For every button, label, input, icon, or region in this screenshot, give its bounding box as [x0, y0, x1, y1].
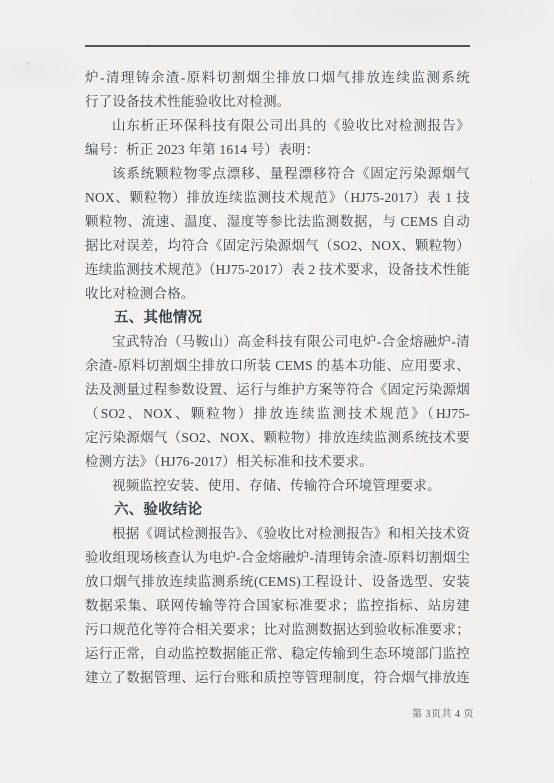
header-rule-divider	[85, 45, 470, 47]
text-line: 定污染源烟气（SO2、NOX、颗粒物）排放连续监测系统技术要求及	[85, 426, 470, 450]
text-line: 宝武特冶（马鞍山）高金科技有限公司电炉-合金熔融炉-清理铸	[85, 330, 470, 354]
scan-speck	[146, 44, 149, 47]
text-line: 验收组现场核查认为电炉-合金熔融炉-清理铸余渣-原料切割烟尘排	[85, 546, 470, 570]
text-line: 颗粒物、流速、温度、湿度等参比法监测数据，与 CEMS 自动监测数	[85, 210, 470, 234]
text-line: 建立了数据管理、运行台账和质控等管理制度，符合烟气排放连续监	[85, 666, 470, 690]
page-number: 第 3页共 4 页	[412, 708, 474, 721]
text-line: 检测方法》（HJ76-2017）相关标准和技术要求。	[85, 450, 470, 474]
text-line: 行了设备技术性能验收比对检测。	[85, 90, 470, 114]
text-line: 数据采集、联网传输等符合国家标准要求；监控指标、站房建设、排	[85, 594, 470, 618]
text-line: NOX、颗粒物）排放连续监测技术规范》（HJ75-2017）表 1 技术要求；	[85, 186, 470, 210]
text-line: 该系统颗粒物零点漂移、量程漂移符合《固定污染源烟气（SO2、	[85, 162, 470, 186]
text-line: （SO2、NOX、颗粒物）排放连续监测技术规范》（HJ75-2017）、《固	[85, 402, 470, 426]
text-line: 污口规范化等符合相关要求；比对监测数据达到验收标准要求；CEMS	[85, 618, 470, 642]
scan-speck	[27, 62, 30, 65]
text-line: 运行正常，自动监控数据能正常、稳定传输到生态环境部门监控平台；	[85, 642, 470, 666]
heading-acceptance-conclusion: 六、验收结论	[85, 498, 470, 522]
scan-speck	[530, 182, 532, 184]
body-text-block: 炉-清理铸余渣-原料切割烟尘排放口烟气排放连续监测系统(CEMS)进 行了设备技…	[85, 66, 470, 690]
text-line: 视频监控安装、使用、存储、传输符合环境管理要求。	[85, 474, 470, 498]
text-line: 炉-清理铸余渣-原料切割烟尘排放口烟气排放连续监测系统(CEMS)进	[85, 66, 470, 90]
heading-other-information: 五、其他情况	[85, 306, 470, 330]
text-line: 山东析正环保科技有限公司出具的《验收比对检测报告》（报告	[85, 114, 470, 138]
text-line: 连续监测技术规范》（HJ75-2017）表 2 技术要求，设备技术性能验	[85, 258, 470, 282]
text-line: 编号：析正 2023 年第 1614 号）表明：	[85, 138, 470, 162]
text-line: 收比对检测合格。	[85, 282, 470, 306]
document-page: 炉-清理铸余渣-原料切割烟尘排放口烟气排放连续监测系统(CEMS)进 行了设备技…	[0, 0, 554, 783]
text-line: 余渣-原料切割烟尘排放口所装 CEMS 的基本功能、应用要求、监测方	[85, 354, 470, 378]
text-line: 法及测量过程参数设置、运行与维护方案等符合《固定污染源烟气	[85, 378, 470, 402]
text-line: 据比对误差，均符合《固定污染源烟气（SO2、NOX、颗粒物）排放	[85, 234, 470, 258]
text-line: 根据《调试检测报告》、《验收比对检测报告》和相关技术资料，	[85, 522, 470, 546]
text-line: 放口烟气排放连续监测系统(CEMS)工程设计、设备选型、安装调试、	[85, 570, 470, 594]
